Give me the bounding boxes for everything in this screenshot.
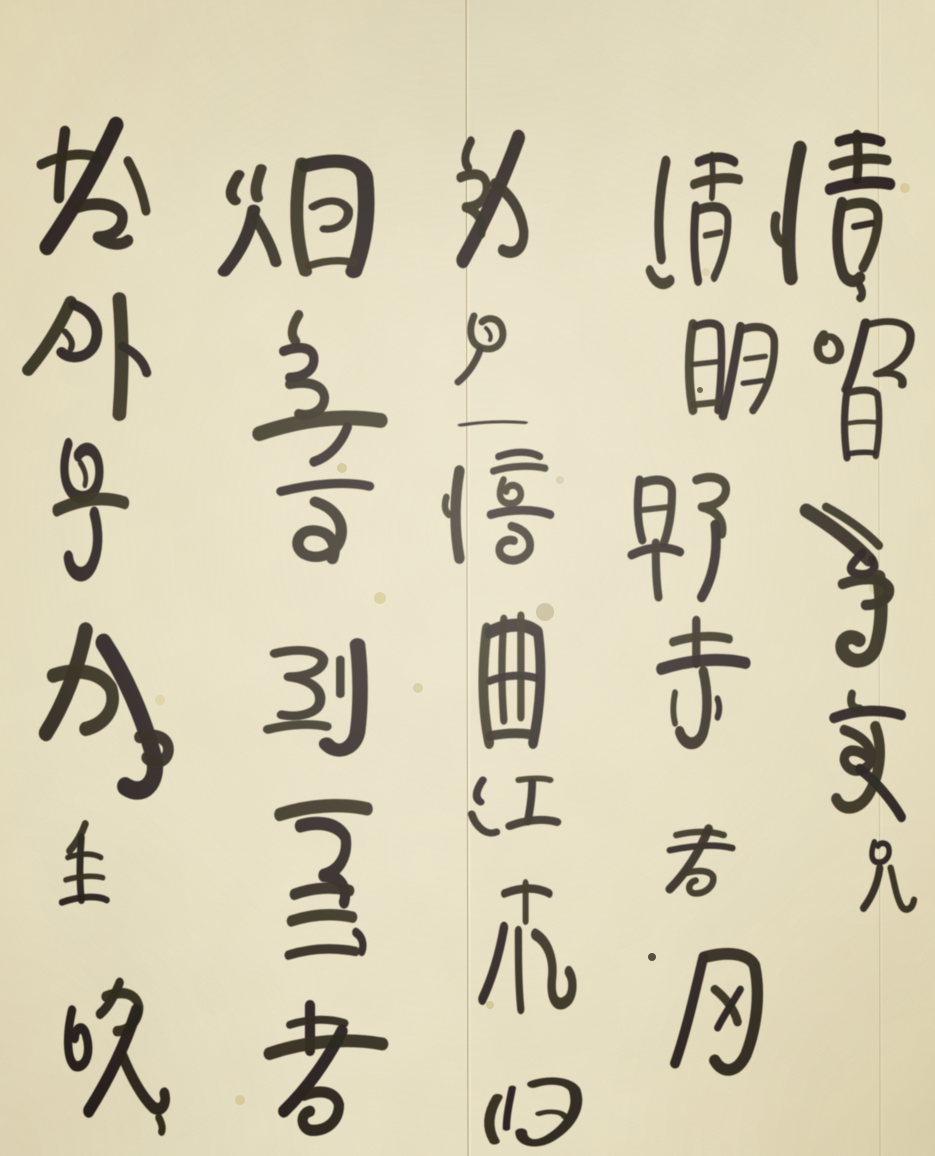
ink-stain <box>697 387 703 393</box>
ink-stain <box>536 603 554 621</box>
ink-stain <box>702 268 710 276</box>
brush-stroke <box>705 232 721 235</box>
brush-stroke <box>849 422 876 423</box>
brush-stroke <box>80 837 81 900</box>
ink-stain <box>235 1095 245 1105</box>
brush-stroke <box>746 356 766 359</box>
brush-stroke <box>119 299 121 414</box>
ink-stain <box>413 683 423 693</box>
brush-stroke <box>656 543 659 597</box>
brush-stroke <box>743 381 763 384</box>
brush-stroke <box>689 324 693 410</box>
brush-stroke <box>676 832 724 835</box>
brush-stroke <box>693 402 718 405</box>
brush-stroke <box>642 507 669 510</box>
ink-stain <box>648 953 656 961</box>
brush-stroke <box>718 699 720 717</box>
brush-stroke <box>256 169 261 198</box>
brush-stroke <box>693 362 718 365</box>
brush-stroke <box>830 182 890 189</box>
brush-stroke <box>698 157 735 162</box>
ink-stain <box>155 695 165 705</box>
brush-stroke <box>502 619 504 719</box>
brush-stroke <box>489 733 530 736</box>
brush-stroke <box>854 223 872 226</box>
brush-stroke <box>849 452 875 453</box>
brush-stroke <box>694 207 698 281</box>
ink-stain <box>374 592 386 604</box>
ink-stain <box>337 463 347 473</box>
brush-stroke <box>59 132 65 198</box>
ink-stain <box>556 476 564 484</box>
ink-stain <box>900 183 910 193</box>
brush-stroke <box>860 286 862 298</box>
brush-stroke <box>528 782 532 822</box>
calligraphy-artwork <box>0 0 935 1156</box>
brush-stroke <box>518 931 520 1009</box>
brush-stroke <box>456 471 460 558</box>
brush-stroke <box>673 693 675 723</box>
brush-stroke <box>491 510 551 514</box>
brush-stroke <box>231 174 239 200</box>
brush-stroke <box>159 1118 162 1132</box>
ink-stain <box>486 1001 494 1009</box>
brush-stroke <box>845 391 847 458</box>
brush-stroke <box>294 888 350 894</box>
brush-stroke <box>291 915 353 921</box>
calligraphy-scroll-page <box>0 0 935 1156</box>
brush-stroke <box>268 725 326 730</box>
